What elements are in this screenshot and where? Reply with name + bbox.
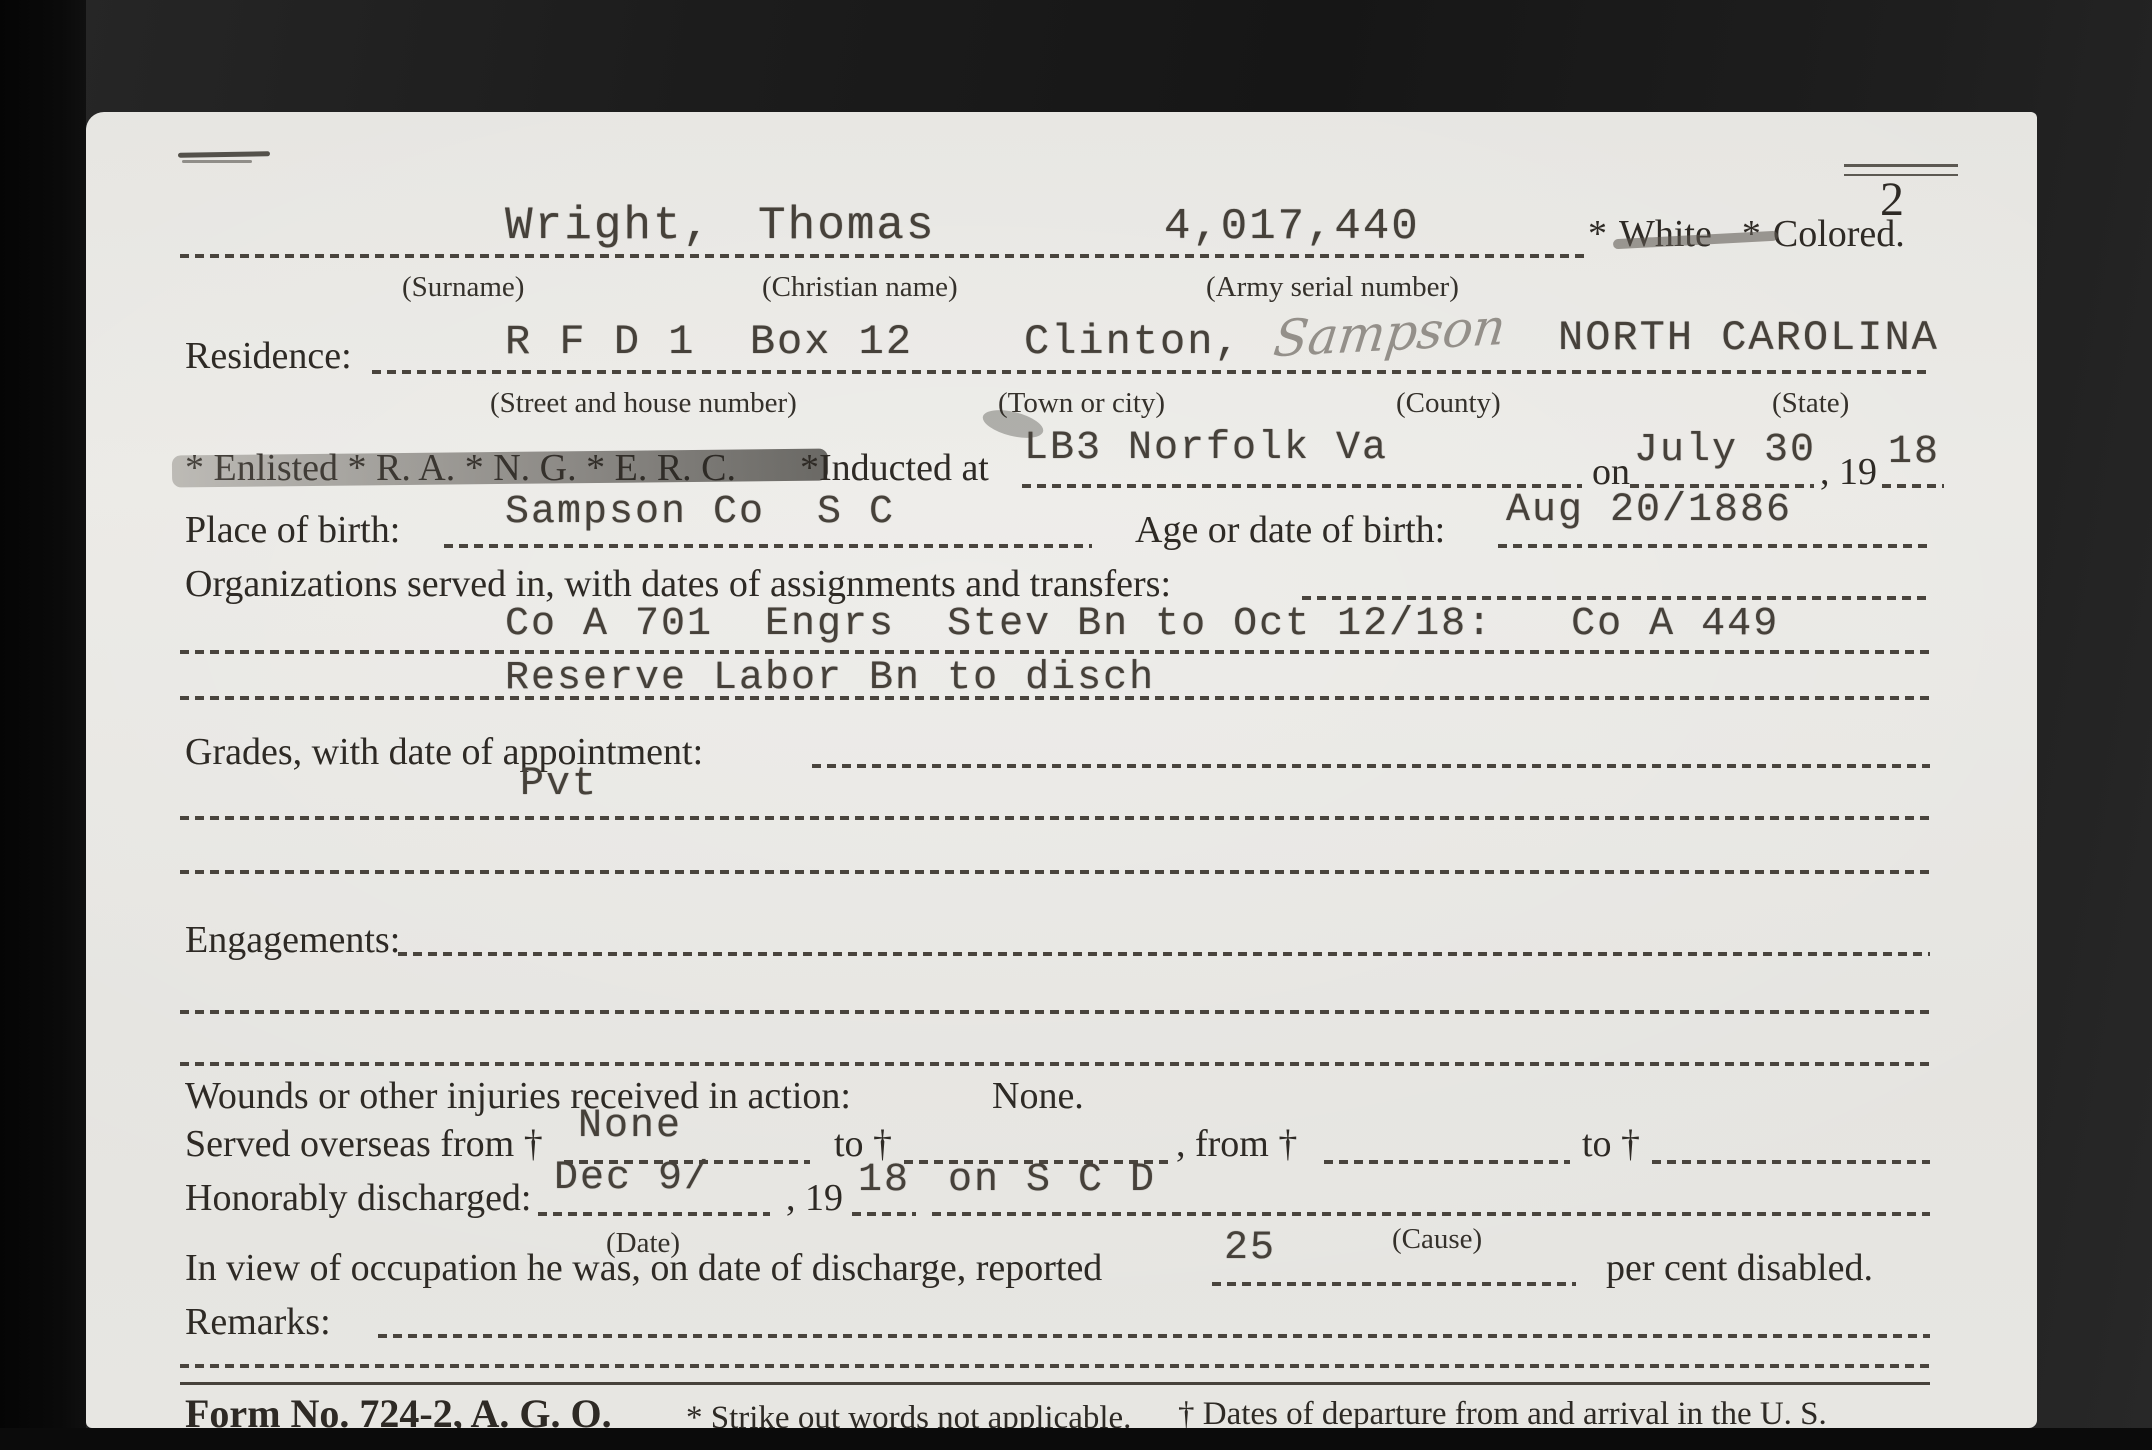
scan-mark bbox=[182, 160, 252, 163]
induction-year-value: 18 bbox=[1888, 432, 1940, 474]
dotted-rule bbox=[372, 370, 1932, 374]
organizations-label: Organizations served in, with dates of a… bbox=[185, 564, 1171, 606]
disability-suffix-label: per cent disabled. bbox=[1606, 1248, 1873, 1290]
overseas-from-label: Served overseas from † bbox=[185, 1124, 543, 1166]
surname-label: (Surname) bbox=[402, 272, 524, 304]
county-label: (County) bbox=[1396, 388, 1501, 420]
disability-percent-value: 25 bbox=[1224, 1228, 1276, 1270]
dotted-rule bbox=[378, 1334, 1930, 1338]
dotted-rule bbox=[1212, 1282, 1576, 1286]
dotted-rule bbox=[180, 1010, 1930, 1014]
dotted-rule bbox=[180, 650, 1930, 654]
county-handwritten-value: Sampson bbox=[1271, 298, 1509, 369]
race-line: *White*Colored. bbox=[1588, 214, 1905, 256]
overseas-to2-label: to † bbox=[1582, 1124, 1640, 1166]
dotted-rule bbox=[1652, 1160, 1930, 1164]
place-of-birth-value: Sampson Co S C bbox=[505, 492, 895, 534]
overseas-from2-label: , from † bbox=[1176, 1124, 1297, 1166]
dotted-rule bbox=[444, 544, 1092, 548]
footer-rule bbox=[180, 1382, 1930, 1385]
town-value: Clinton, bbox=[1024, 320, 1242, 364]
race-asterisk: * bbox=[1588, 213, 1607, 255]
christian-name-label: (Christian name) bbox=[762, 272, 958, 304]
residence-label: Residence: bbox=[185, 336, 352, 378]
scan-mark bbox=[178, 151, 270, 158]
dotted-rule bbox=[180, 1364, 1930, 1368]
overseas-from-value: None bbox=[578, 1106, 682, 1148]
scan-background: 2 Wright, Thomas 4,017,440 *White*Colore… bbox=[0, 0, 2152, 1450]
form-number: Form No. 724-2, A. G. O. bbox=[185, 1392, 612, 1428]
white-option-struck: White bbox=[1619, 214, 1712, 256]
footnote-strike-out: * Strike out words not applicable. bbox=[686, 1400, 1131, 1428]
state-label: (State) bbox=[1772, 388, 1849, 420]
service-record-card: 2 Wright, Thomas 4,017,440 *White*Colore… bbox=[86, 112, 2037, 1428]
street-value: R F D 1 Box 12 bbox=[505, 320, 913, 364]
dotted-rule bbox=[1022, 484, 1582, 488]
year-19-label: , 19 bbox=[1820, 452, 1877, 494]
organizations-line2: Reserve Labor Bn to disch bbox=[505, 658, 1155, 700]
pencil-strike-band bbox=[172, 449, 828, 488]
dotted-rule bbox=[180, 1062, 1930, 1066]
dotted-rule bbox=[852, 1212, 916, 1216]
inducted-at-label: *Inducted at bbox=[800, 448, 989, 490]
dotted-rule bbox=[1882, 484, 1944, 488]
grade-value: Pvt bbox=[520, 764, 598, 806]
induction-place-value: LB3 Norfolk Va bbox=[1024, 428, 1388, 470]
dotted-rule bbox=[1324, 1160, 1570, 1164]
cause-sublabel: (Cause) bbox=[1392, 1224, 1482, 1256]
surname-value: Wright, bbox=[505, 202, 712, 250]
wounds-value: None. bbox=[992, 1076, 1084, 1118]
dotted-rule bbox=[180, 870, 1930, 874]
wounds-label: Wounds or other injuries received in act… bbox=[185, 1076, 851, 1118]
footnote-dates: † Dates of departure from and arrival in… bbox=[1178, 1396, 1827, 1428]
discharge-year-value: 18 bbox=[858, 1160, 910, 1202]
serial-number-label: (Army serial number) bbox=[1206, 272, 1459, 304]
organizations-line1: Co A 701 Engrs Stev Bn to Oct 12/18: Co … bbox=[505, 604, 1779, 646]
dotted-rule bbox=[180, 254, 1588, 258]
dotted-rule bbox=[538, 1212, 770, 1216]
place-of-birth-label: Place of birth: bbox=[185, 510, 400, 552]
dotted-rule bbox=[180, 696, 1930, 700]
birth-date-value: Aug 20/1886 bbox=[1506, 490, 1792, 532]
scan-left-edge bbox=[0, 0, 86, 1450]
discharge-year-19-label: , 19 bbox=[786, 1178, 843, 1220]
engagements-label: Engagements: bbox=[185, 920, 400, 962]
dotted-rule bbox=[180, 816, 1930, 820]
induction-date-value: July 30 bbox=[1634, 430, 1816, 472]
age-label: Age or date of birth: bbox=[1135, 510, 1445, 552]
state-value: NORTH CAROLINA bbox=[1558, 316, 1939, 360]
remarks-label: Remarks: bbox=[185, 1302, 331, 1344]
christian-name-value: Thomas bbox=[758, 202, 936, 250]
dotted-rule bbox=[398, 952, 1930, 956]
dotted-rule bbox=[1302, 596, 1930, 600]
scan-bottom-edge bbox=[0, 1428, 2152, 1450]
serial-number-value: 4,017,440 bbox=[1164, 204, 1420, 250]
disability-label: In view of occupation he was, on date of… bbox=[185, 1248, 1102, 1290]
street-label: (Street and house number) bbox=[490, 388, 797, 420]
dotted-rule bbox=[812, 764, 1930, 768]
discharge-date-value: Dec 9/ bbox=[554, 1158, 710, 1200]
grades-label: Grades, with date of appointment: bbox=[185, 732, 703, 774]
discharge-cause-value: on S C D bbox=[948, 1160, 1156, 1202]
dotted-rule bbox=[932, 1212, 1930, 1216]
dotted-rule bbox=[1498, 544, 1930, 548]
colored-option: Colored. bbox=[1773, 213, 1905, 255]
discharged-label: Honorably discharged: bbox=[185, 1178, 532, 1220]
